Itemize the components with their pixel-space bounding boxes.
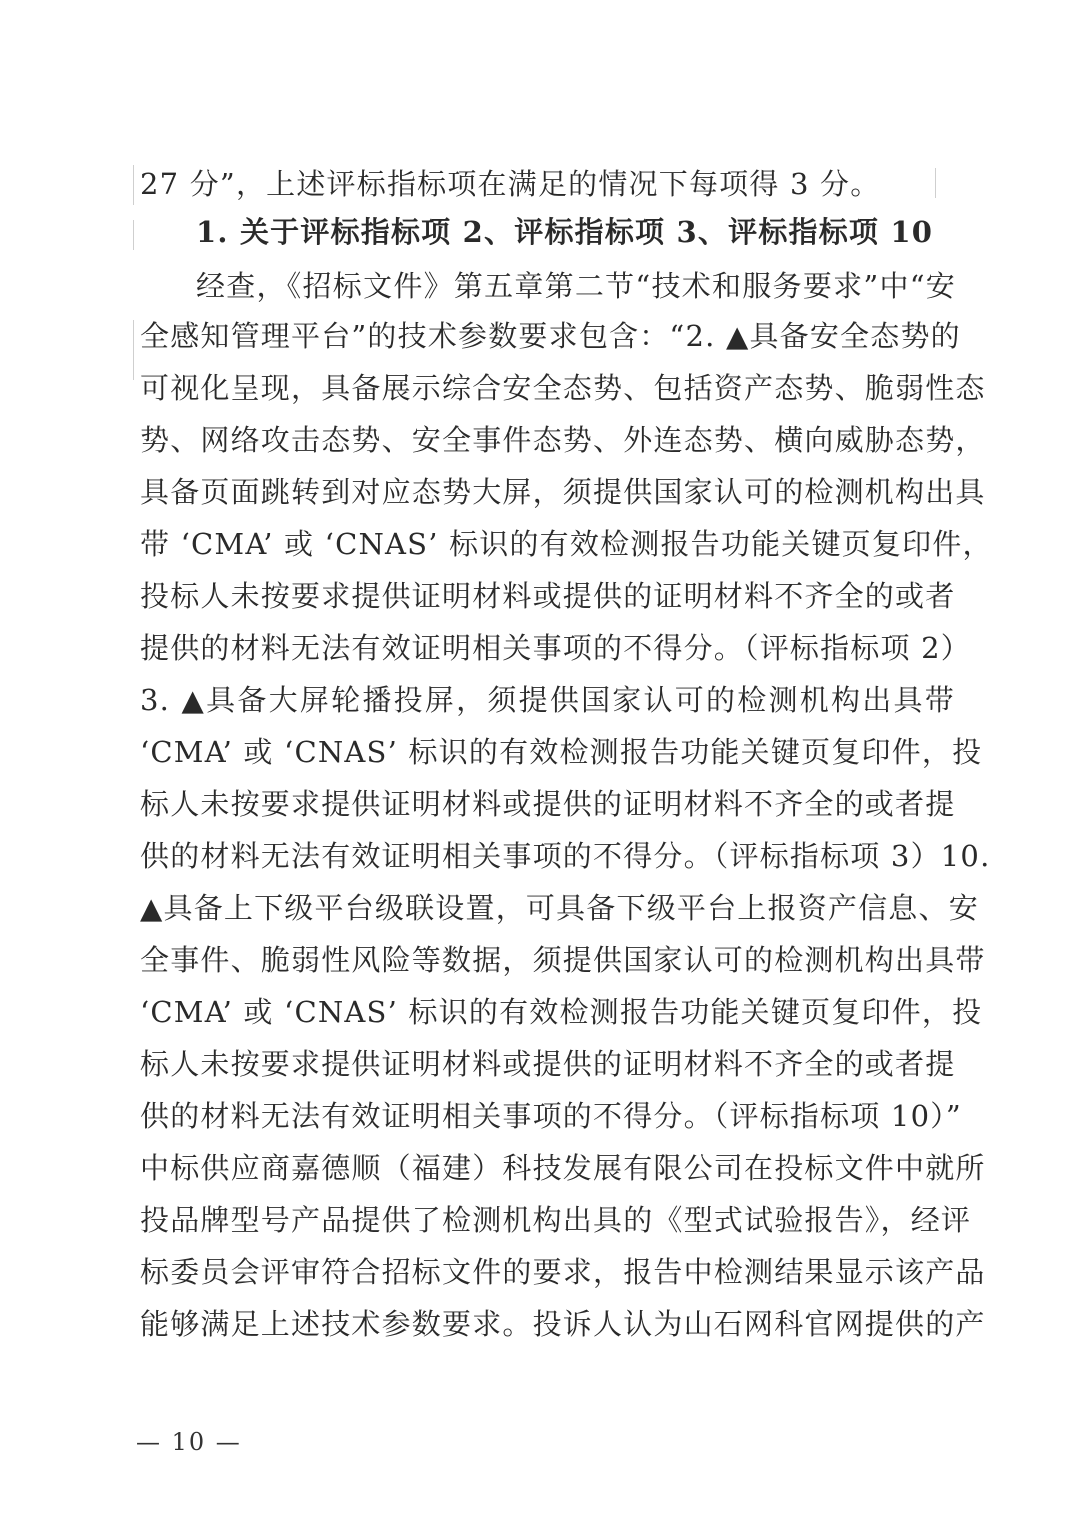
paragraph-line-17: ‘CMA’ 或 ‘CNAS’ 标识的有效检测报告功能关键页复印件，投: [140, 992, 955, 1032]
scan-margin-mark: [133, 220, 134, 250]
paragraph-line-21: 投品牌型号产品提供了检测机构出具的《型式试验报告》，经评: [140, 1200, 955, 1240]
paragraph-line-1: 27 分”，上述评标指标项在满足的情况下每项得 3 分。: [140, 164, 955, 204]
section-heading: 1. 关于评标指标项 2、评标指标项 3、评标指标项 10: [196, 212, 876, 252]
paragraph-line-20: 中标供应商嘉德顺（福建）科技发展有限公司在投标文件中就所: [140, 1148, 955, 1188]
paragraph-line-5: 可视化呈现，具备展示综合安全态势、包括资产态势、脆弱性态: [140, 368, 955, 408]
paragraph-line-7: 具备页面跳转到对应态势大屏，须提供国家认可的检测机构出具: [140, 472, 955, 512]
paragraph-line-19: 供的材料无法有效证明相关事项的不得分。（评标指标项 10）”: [140, 1096, 955, 1136]
paragraph-line-9: 投标人未按要求提供证明材料或提供的证明材料不齐全的或者: [140, 576, 955, 616]
paragraph-line-16: 全事件、脆弱性风险等数据，须提供国家认可的检测机构出具带: [140, 940, 955, 980]
paragraph-line-14: 供的材料无法有效证明相关事项的不得分。（评标指标项 3）10.: [140, 836, 955, 876]
paragraph-line-4: 全感知管理平台”的技术参数要求包含：“2. ▲具备安全态势的: [140, 316, 955, 356]
document-page: 27 分”，上述评标指标项在满足的情况下每项得 3 分。 1. 关于评标指标项 …: [0, 0, 1080, 1531]
paragraph-line-8: 带 ‘CMA’ 或 ‘CNAS’ 标识的有效检测报告功能关键页复印件，: [140, 524, 955, 564]
scan-margin-mark: [133, 320, 134, 380]
paragraph-line-18: 标人未按要求提供证明材料或提供的证明材料不齐全的或者提: [140, 1044, 955, 1084]
paragraph-line-13: 标人未按要求提供证明材料或提供的证明材料不齐全的或者提: [140, 784, 955, 824]
paragraph-line-12: ‘CMA’ 或 ‘CNAS’ 标识的有效检测报告功能关键页复印件，投: [140, 732, 955, 772]
scan-margin-mark: [133, 165, 134, 205]
paragraph-line-10: 提供的材料无法有效证明相关事项的不得分。（评标指标项 2）: [140, 628, 955, 668]
paragraph-line-3: 经查，《招标文件》第五章第二节“技术和服务要求”中“安: [196, 266, 956, 306]
page-number: — 10 —: [136, 1428, 242, 1456]
paragraph-line-15: ▲具备上下级平台级联设置，可具备下级平台上报资产信息、安: [140, 888, 955, 928]
paragraph-line-11: 3. ▲具备大屏轮播投屏，须提供国家认可的检测机构出具带: [140, 680, 955, 720]
paragraph-line-6: 势、网络攻击态势、安全事件态势、外连态势、横向威胁态势，: [140, 420, 955, 460]
paragraph-line-22: 标委员会评审符合招标文件的要求，报告中检测结果显示该产品: [140, 1252, 955, 1292]
paragraph-line-23: 能够满足上述技术参数要求。投诉人认为山石网科官网提供的产: [140, 1304, 955, 1344]
